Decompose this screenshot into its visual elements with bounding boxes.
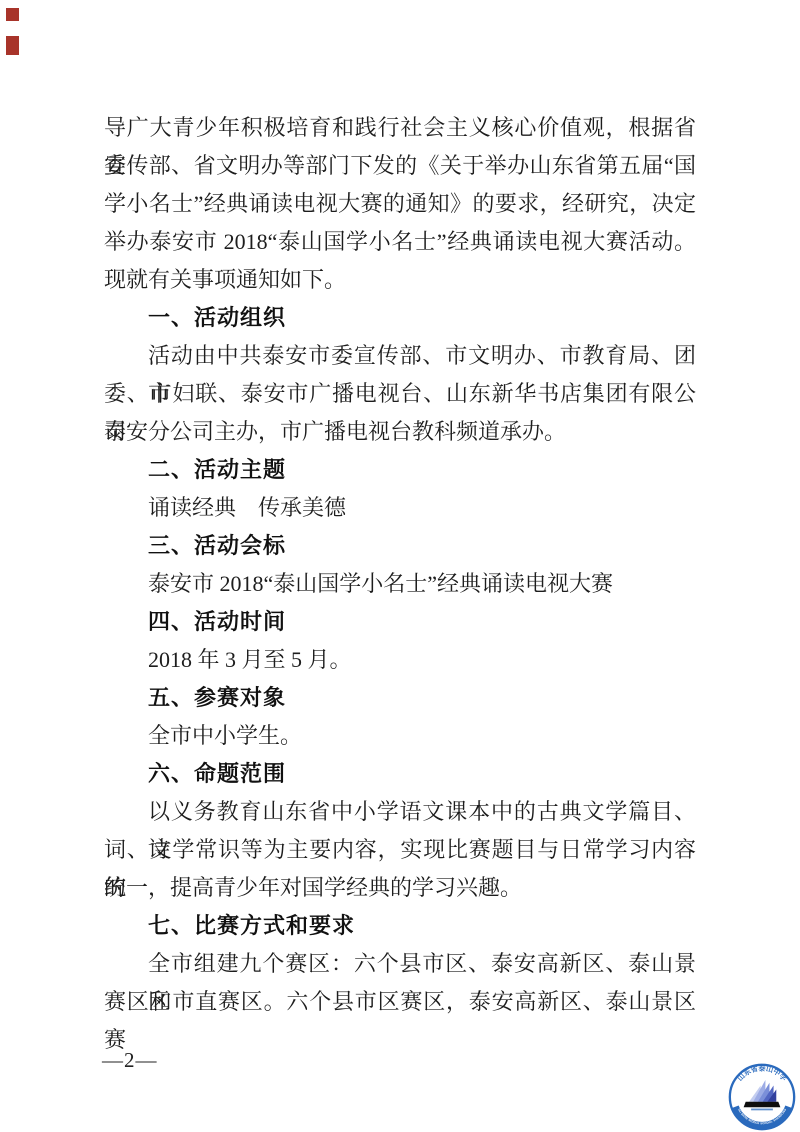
text-line: 赛区和市直赛区。六个县市区赛区，泰安高新区、泰山景区赛 (104, 983, 696, 1021)
text-line: 委、市妇联、泰安市广播电视台、山东新华书店集团有限公司 (104, 375, 696, 413)
text-line: 全市中小学生。 (104, 717, 696, 755)
page-number: —2— (102, 1042, 158, 1078)
document-page: 导广大青少年积极培育和践行社会主义核心价值观，根据省委宣传部、省文明办等部门下发… (0, 0, 800, 1132)
text-line: 泰安市 2018“泰山国学小名士”经典诵读电视大赛 (104, 565, 696, 603)
text-line: 统一，提高青少年对国学经典的学习兴趣。 (104, 869, 696, 907)
text-line: 宣传部、省文明办等部门下发的《关于举办山东省第五届“国 (104, 147, 696, 185)
section-heading: 一、活动组织 (104, 299, 696, 337)
text-line: 学小名士”经典诵读电视大赛的通知》的要求，经研究，决定 (104, 185, 696, 223)
section-heading: 四、活动时间 (104, 603, 696, 641)
section-heading: 三、活动会标 (104, 527, 696, 565)
illegible-caption-smudge (751, 1109, 773, 1111)
text-line: 2018 年 3 月至 5 月。 (104, 641, 696, 679)
section-heading: 二、活动主题 (104, 451, 696, 489)
document-body: 导广大青少年积极培育和践行社会主义核心价值观，根据省委宣传部、省文明办等部门下发… (104, 109, 696, 1021)
red-scan-mark (6, 8, 19, 21)
text-line: 活动由中共泰安市委宣传部、市文明办、市教育局、团市 (104, 337, 696, 375)
school-seal-logo: 山东省泰山中学 TAI SHAN MIDDLE SCHOOL SHANDONG (728, 1063, 796, 1131)
text-line: 导广大青少年积极培育和践行社会主义核心价值观，根据省委 (104, 109, 696, 147)
section-heading: 五、参赛对象 (104, 679, 696, 717)
section-heading: 六、命题范围 (104, 755, 696, 793)
boat-base-shape (744, 1102, 781, 1107)
text-line: 全市组建九个赛区：六个县市区、泰安高新区、泰山景区 (104, 945, 696, 983)
section-heading: 七、比赛方式和要求 (104, 907, 696, 945)
text-line: 诵读经典 传承美德 (104, 489, 696, 527)
text-line: 举办泰安市 2018“泰山国学小名士”经典诵读电视大赛活动。 (104, 223, 696, 261)
red-scan-mark (6, 36, 19, 55)
text-line: 以义务教育山东省中小学语文课本中的古典文学篇目、诗 (104, 793, 696, 831)
text-line: 现就有关事项通知如下。 (104, 261, 696, 299)
text-line: 泰安分公司主办，市广播电视台教科频道承办。 (104, 413, 696, 451)
text-line: 词、文学常识等为主要内容，实现比赛题目与日常学习内容的 (104, 831, 696, 869)
